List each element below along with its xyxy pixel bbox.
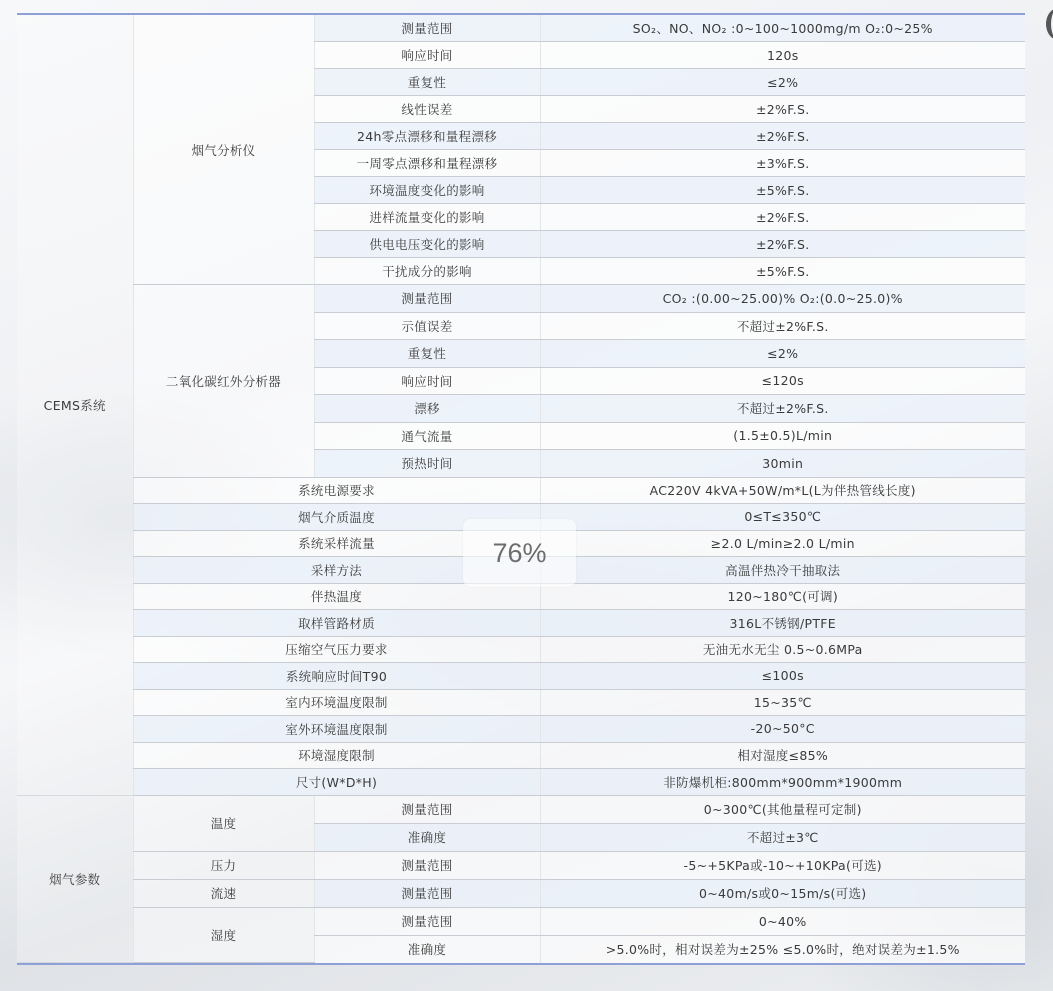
value-cell: 30min [540,450,1025,478]
value-cell: >5.0%时，相对误差为±25% ≤5.0%时，绝对误差为±1.5% [540,935,1025,963]
table-row: 尺寸(W*D*H) 非防爆机柜:800mm*900mm*1900mm [17,769,1025,796]
param-cell: 压缩空气压力要求 [133,636,540,663]
zoom-level-indicator: 76% [463,519,576,587]
value-cell: 不超过±2%F.S. [540,312,1025,340]
table-row: 二氧化碳红外分析器 测量范围 CO₂ :(0.00~25.00)% O₂:(0.… [17,285,1025,313]
value-cell: AC220V 4kVA+50W/m*L(L为伴热管线长度) [540,477,1025,504]
value-cell: 0~40m/s或0~15m/s(可选) [540,879,1025,907]
param-cell: 室内环境温度限制 [133,689,540,716]
value-cell: 无油无水无尘 0.5~0.6MPa [540,636,1025,663]
value-cell: 316L不锈钢/PTFE [540,610,1025,637]
table-row: 压力 测量范围 -5~+5KPa或-10~+10KPa(可选) [17,851,1025,879]
param-cell: 测量范围 [314,15,540,42]
system-label-cems: CEMS系统 [17,15,133,795]
table-row: 烟气参数 温度 测量范围 0~300℃(其他量程可定制) [17,795,1025,823]
param-cell: 线性误差 [314,96,540,123]
value-cell: 不超过±3℃ [540,823,1025,851]
value-cell: 不超过±2%F.S. [540,395,1025,423]
param-cell: 环境温度变化的影响 [314,177,540,204]
param-cell: 示值误差 [314,312,540,340]
value-cell: 相对湿度≤85% [540,742,1025,769]
value-cell: ±2%F.S. [540,204,1025,231]
group-label-pressure: 压力 [133,851,314,879]
value-cell: ±2%F.S. [540,96,1025,123]
value-cell: ±3%F.S. [540,150,1025,177]
param-cell: 漂移 [314,395,540,423]
param-cell: 尺寸(W*D*H) [133,769,540,796]
value-cell: -20~50°C [540,716,1025,743]
param-cell: 测量范围 [314,879,540,907]
value-cell: ±2%F.S. [540,123,1025,150]
value-cell: -5~+5KPa或-10~+10KPa(可选) [540,851,1025,879]
value-cell: (1.5±0.5)L/min [540,422,1025,450]
value-cell: ±2%F.S. [540,231,1025,258]
system-label-flue-gas-params: 烟气参数 [17,795,133,963]
param-cell: 系统响应时间T90 [133,663,540,690]
value-cell: 15~35℃ [540,689,1025,716]
param-cell: 取样管路材质 [133,610,540,637]
group-label-flue-gas-analyzer: 烟气分析仪 [133,15,314,285]
value-cell: 0~40% [540,907,1025,935]
value-cell: 120s [540,42,1025,69]
table-row: 压缩空气压力要求 无油无水无尘 0.5~0.6MPa [17,636,1025,663]
value-cell: 120~180℃(可调) [540,583,1025,610]
param-cell: 进样流量变化的影响 [314,204,540,231]
param-cell: 测量范围 [314,851,540,879]
value-cell: CO₂ :(0.00~25.00)% O₂:(0.0~25.0)% [540,285,1025,313]
param-cell: 响应时间 [314,42,540,69]
value-cell: ≥2.0 L/min≥2.0 L/min [540,530,1025,557]
param-cell: 供电电压变化的影响 [314,231,540,258]
param-cell: 准确度 [314,935,540,963]
table-row: CEMS系统 烟气分析仪 测量范围 SO₂、NO、NO₂ :0~100~1000… [17,15,1025,42]
param-cell: 测量范围 [314,795,540,823]
param-cell: 系统电源要求 [133,477,540,504]
param-cell: 室外环境温度限制 [133,716,540,743]
value-cell: ±5%F.S. [540,177,1025,204]
param-cell: 准确度 [314,823,540,851]
table-row: 环境湿度限制 相对湿度≤85% [17,742,1025,769]
value-cell: ≤120s [540,367,1025,395]
value-cell: 0~300℃(其他量程可定制) [540,795,1025,823]
value-cell: 0≤T≤350℃ [540,504,1025,531]
group-label-humidity: 湿度 [133,907,314,963]
group-label-temperature: 温度 [133,795,314,851]
param-cell: 干扰成分的影响 [314,258,540,285]
value-cell: ≤2% [540,69,1025,96]
param-cell: 预热时间 [314,450,540,478]
spec-table: CEMS系统 烟气分析仪 测量范围 SO₂、NO、NO₂ :0~100~1000… [17,15,1025,963]
value-cell: ±5%F.S. [540,258,1025,285]
param-cell: 环境湿度限制 [133,742,540,769]
table-row: 湿度 测量范围 0~40% [17,907,1025,935]
param-cell: 通气流量 [314,422,540,450]
table-row: 流速 测量范围 0~40m/s或0~15m/s(可选) [17,879,1025,907]
value-cell: SO₂、NO、NO₂ :0~100~1000mg/m O₂:0~25% [540,15,1025,42]
param-cell: 响应时间 [314,367,540,395]
value-cell: ≤100s [540,663,1025,690]
param-cell: 测量范围 [314,907,540,935]
table-row: 系统电源要求 AC220V 4kVA+50W/m*L(L为伴热管线长度) [17,477,1025,504]
value-cell: 高温伴热冷干抽取法 [540,557,1025,584]
table-row: 取样管路材质 316L不锈钢/PTFE [17,610,1025,637]
table-row: 室内环境温度限制 15~35℃ [17,689,1025,716]
param-cell: 24h零点漂移和量程漂移 [314,123,540,150]
table-row: 室外环境温度限制 -20~50°C [17,716,1025,743]
value-cell: ≤2% [540,340,1025,368]
param-cell: 重复性 [314,69,540,96]
param-cell: 测量范围 [314,285,540,313]
spec-table-container: CEMS系统 烟气分析仪 测量范围 SO₂、NO、NO₂ :0~100~1000… [17,13,1025,965]
param-cell: 一周零点漂移和量程漂移 [314,150,540,177]
table-row: 系统响应时间T90 ≤100s [17,663,1025,690]
group-label-flow-velocity: 流速 [133,879,314,907]
group-label-co2-ir-analyzer: 二氧化碳红外分析器 [133,285,314,478]
param-cell: 重复性 [314,340,540,368]
value-cell: 非防爆机柜:800mm*900mm*1900mm [540,769,1025,796]
partial-circle-icon [1046,8,1053,40]
